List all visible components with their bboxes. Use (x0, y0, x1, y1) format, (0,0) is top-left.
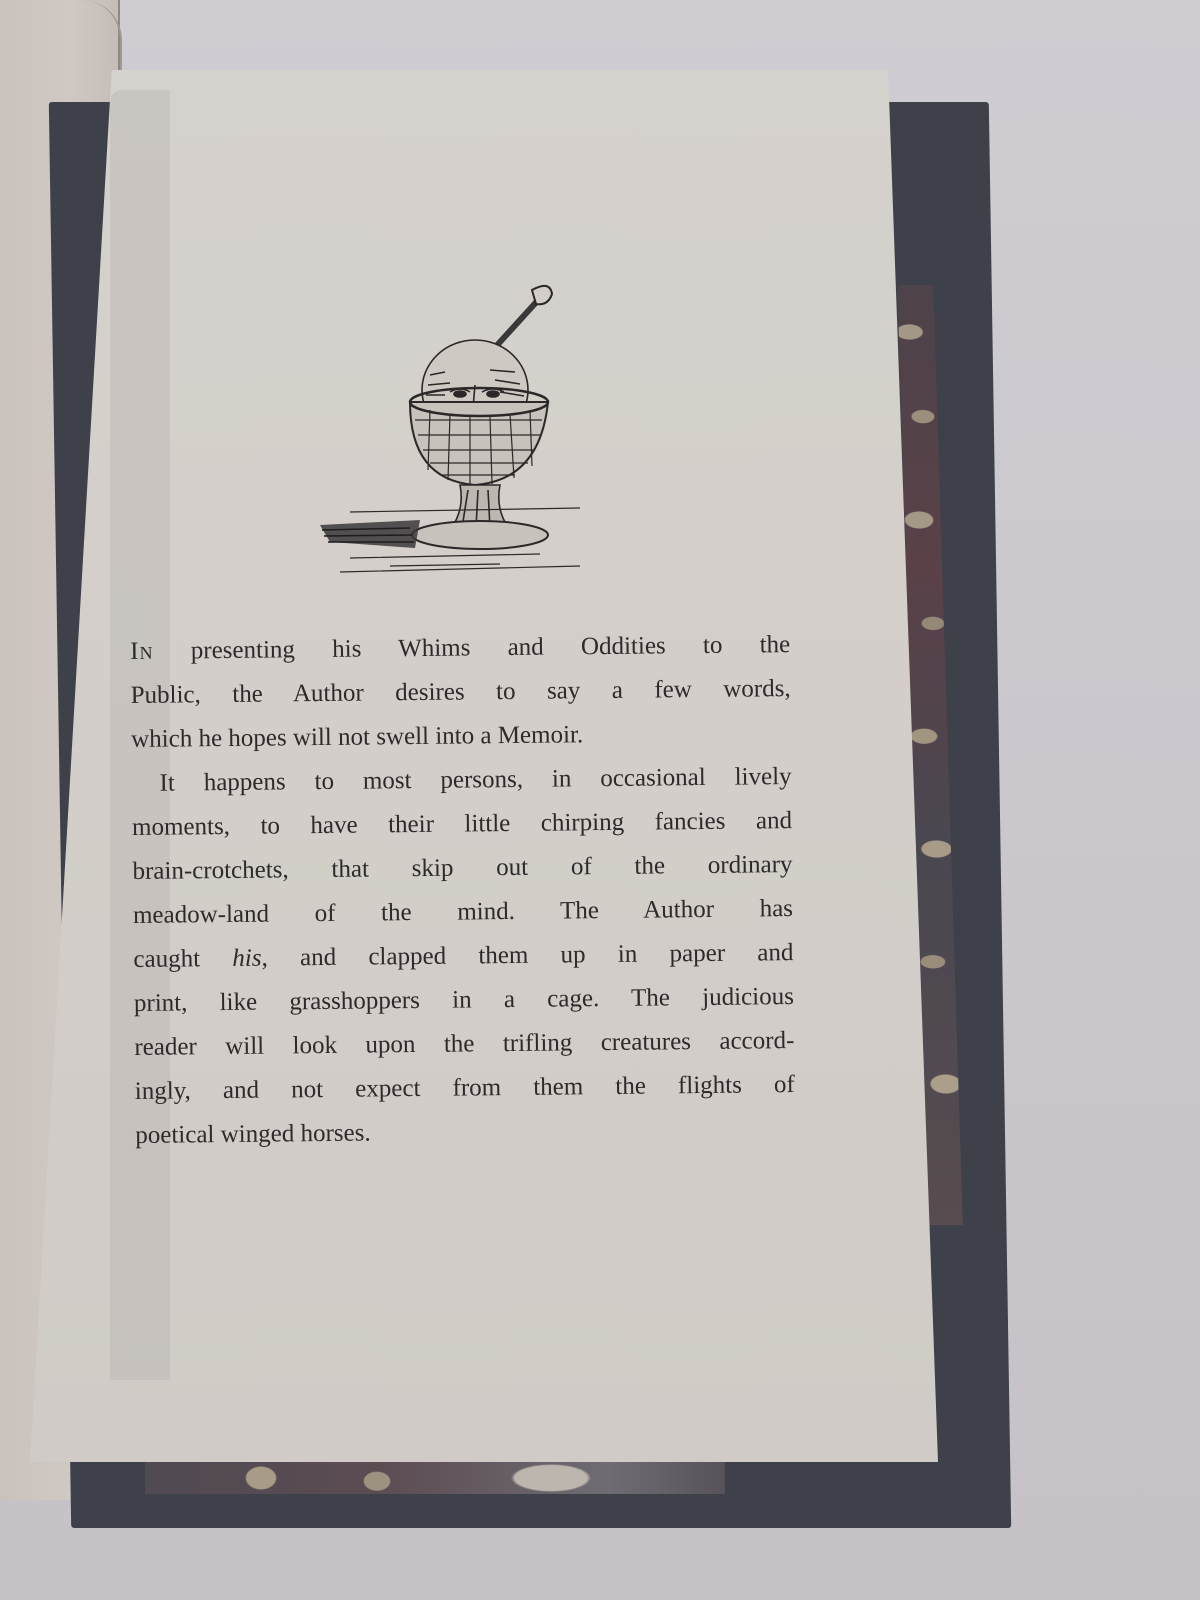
marbled-board-edge-bottom (145, 1462, 725, 1494)
text-line: which he hopes will not swell into a Mem… (131, 711, 791, 762)
text-line: brain-crotchets, that skip out of the or… (132, 843, 792, 894)
text-span: presenting his Whims and Oddities to the (153, 631, 790, 665)
text-line: print, like grasshoppers in a cage. The … (134, 975, 794, 1026)
italic-emphasis: his (232, 945, 261, 972)
text-line: poetical winged horses. (135, 1107, 795, 1158)
text-line: caught his, and clapped them up in paper… (133, 931, 793, 982)
paragraph-1: In presenting his Whims and Oddities to … (130, 623, 791, 762)
text-line: reader will look upon the trifling creat… (134, 1019, 794, 1070)
text-line: meadow-land of the mind. The Author has (133, 887, 793, 938)
drop-smallcaps: In (130, 638, 154, 665)
paragraph-2: It happens to most persons, in occasiona… (131, 755, 795, 1158)
text-line: In presenting his Whims and Oddities to … (130, 623, 790, 674)
text-line: ingly, and not expect from them the flig… (135, 1063, 795, 1114)
text-line: moments, to have their little chirping f… (132, 799, 792, 850)
text-line: Public, the Author desires to say a few … (130, 667, 790, 718)
egg-cup-illustration-icon (310, 280, 600, 580)
text-span: caught (133, 945, 232, 973)
preface-text: In presenting his Whims and Oddities to … (130, 623, 795, 1158)
text-line: It happens to most persons, in occasiona… (131, 755, 791, 806)
text-span: , and clapped them up in paper and (261, 939, 793, 972)
